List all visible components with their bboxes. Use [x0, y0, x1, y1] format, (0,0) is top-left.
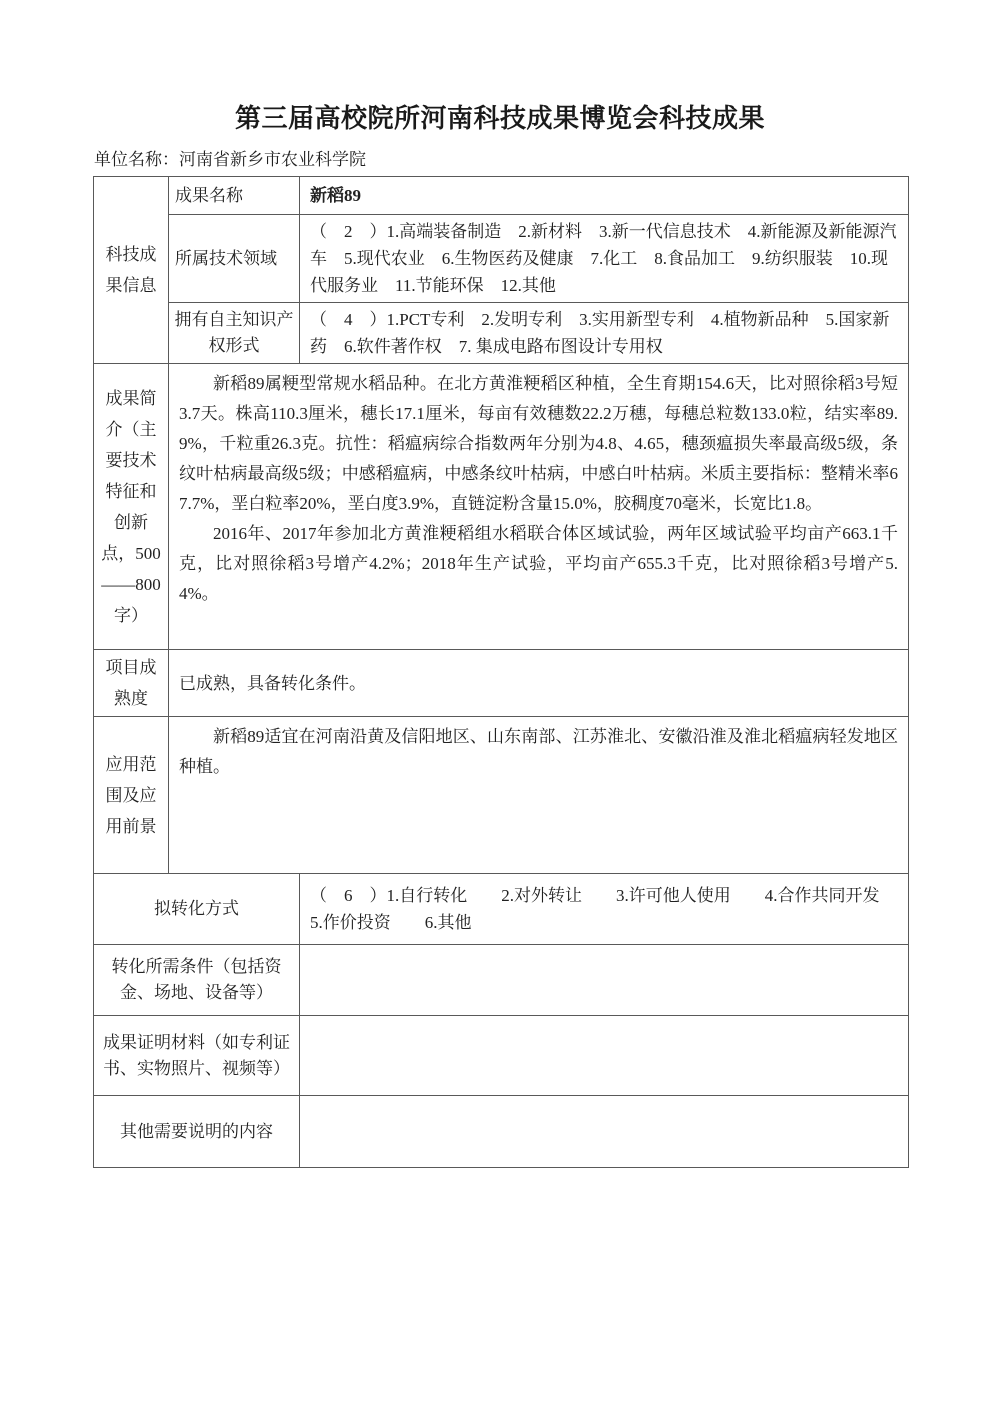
label-summary: 成果简介（主要技术特征和创新点，500——800字） — [94, 364, 169, 650]
org-name-value: 河南省新乡市农业科学院 — [179, 150, 366, 169]
value-transform-conditions — [300, 945, 909, 1016]
label-ip-form: 拥有自主知识产权形式 — [169, 303, 300, 364]
value-other-notes — [300, 1096, 909, 1168]
label-evidence-materials: 成果证明材料（如专利证书、实物照片、视频等） — [94, 1016, 300, 1096]
row-transform-conditions: 转化所需条件（包括资金、场地、设备等） — [94, 945, 909, 1016]
group-label-tech-achievement-info: 科技成果信息 — [94, 177, 169, 364]
document-page: 第三届高校院所河南科技成果博览会科技成果 单位名称：河南省新乡市农业科学院 科技… — [0, 0, 1000, 1414]
row-maturity: 项目成熟度 已成熟，具备转化条件。 — [94, 650, 909, 717]
label-maturity: 项目成熟度 — [94, 650, 169, 717]
label-application-scope: 应用范围及应用前景 — [94, 717, 169, 874]
value-achievement-name: 新稻89 — [300, 177, 909, 215]
value-summary: 新稻89属粳型常规水稻品种。在北方黄淮粳稻区种植，全生育期154.6天，比对照徐… — [169, 364, 909, 650]
row-other-notes: 其他需要说明的内容 — [94, 1096, 909, 1168]
achievement-form-table: 科技成果信息 成果名称 新稻89 所属技术领域 （ 2 ）1.高端装备制造 2.… — [93, 176, 909, 1168]
label-transform-conditions: 转化所需条件（包括资金、场地、设备等） — [94, 945, 300, 1016]
label-other-notes: 其他需要说明的内容 — [94, 1096, 300, 1168]
application-paragraph: 新稻89适宜在河南沿黄及信阳地区、山东南部、江苏淮北、安徽沿淮及淮北稻瘟病轻发地… — [179, 722, 898, 782]
value-maturity: 已成熟，具备转化条件。 — [169, 650, 909, 717]
row-transform-mode: 拟转化方式 （ 6 ）1.自行转化 2.对外转让 3.许可他人使用 4.合作共同… — [94, 874, 909, 945]
row-technical-field: 所属技术领域 （ 2 ）1.高端装备制造 2.新材料 3.新一代信息技术 4.新… — [94, 215, 909, 303]
value-evidence-materials — [300, 1016, 909, 1096]
row-evidence-materials: 成果证明材料（如专利证书、实物照片、视频等） — [94, 1016, 909, 1096]
row-application-scope: 应用范围及应用前景 新稻89适宜在河南沿黄及信阳地区、山东南部、江苏淮北、安徽沿… — [94, 717, 909, 874]
value-technical-field: （ 2 ）1.高端装备制造 2.新材料 3.新一代信息技术 4.新能源及新能源汽… — [300, 215, 909, 303]
summary-paragraph-1: 新稻89属粳型常规水稻品种。在北方黄淮粳稻区种植，全生育期154.6天，比对照徐… — [179, 369, 898, 519]
document-title: 第三届高校院所河南科技成果博览会科技成果 — [0, 0, 1000, 136]
org-name-label: 单位名称： — [94, 150, 179, 169]
summary-paragraph-2: 2016年、2017年参加北方黄淮粳稻组水稻联合体区域试验，两年区域试验平均亩产… — [179, 519, 898, 609]
value-ip-form: （ 4 ）1.PCT专利 2.发明专利 3.实用新型专利 4.植物新品种 5.国… — [300, 303, 909, 364]
label-technical-field: 所属技术领域 — [169, 215, 300, 303]
row-ip-form: 拥有自主知识产权形式 （ 4 ）1.PCT专利 2.发明专利 3.实用新型专利 … — [94, 303, 909, 364]
row-summary: 成果简介（主要技术特征和创新点，500——800字） 新稻89属粳型常规水稻品种… — [94, 364, 909, 650]
value-application-scope: 新稻89适宜在河南沿黄及信阳地区、山东南部、江苏淮北、安徽沿淮及淮北稻瘟病轻发地… — [169, 717, 909, 874]
label-achievement-name: 成果名称 — [169, 177, 300, 215]
label-transform-mode: 拟转化方式 — [94, 874, 300, 945]
row-achievement-name: 科技成果信息 成果名称 新稻89 — [94, 177, 909, 215]
value-transform-mode: （ 6 ）1.自行转化 2.对外转让 3.许可他人使用 4.合作共同开发 5.作… — [300, 874, 909, 945]
org-name-line: 单位名称：河南省新乡市农业科学院 — [94, 148, 1000, 172]
